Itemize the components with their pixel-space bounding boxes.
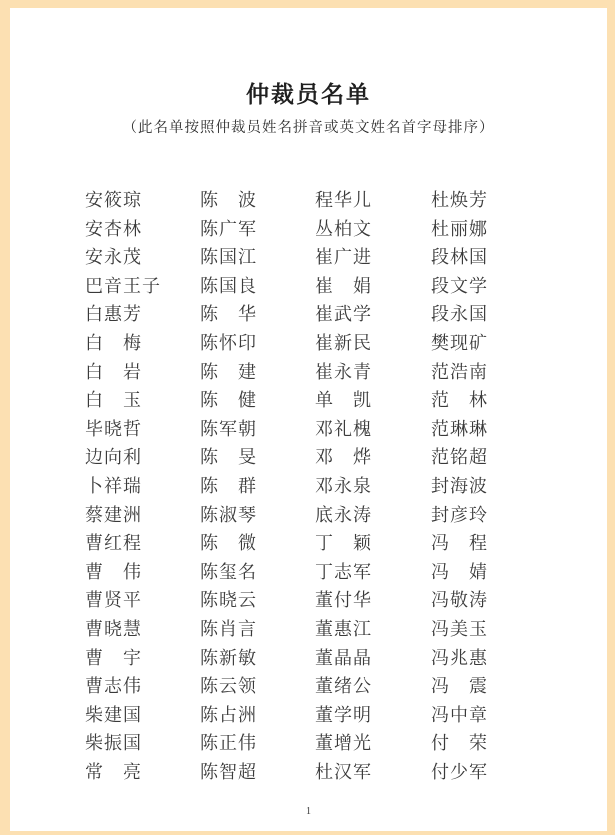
arbitrator-name: 曹红程 xyxy=(85,529,200,558)
arbitrator-name: 陈 群 xyxy=(200,472,315,501)
arbitrator-name: 董晶晶 xyxy=(315,644,431,673)
arbitrator-name: 董学明 xyxy=(315,701,431,730)
arbitrator-name: 段林国 xyxy=(431,243,547,272)
arbitrator-name: 陈国良 xyxy=(200,272,315,301)
arbitrator-name: 程华儿 xyxy=(315,186,431,215)
arbitrator-name: 陈占洲 xyxy=(200,701,315,730)
arbitrator-name: 范琳琳 xyxy=(431,415,547,444)
page-subtitle: （此名单按照仲裁员姓名拼音或英文姓名首字母排序） xyxy=(10,116,607,137)
arbitrator-name: 范铭超 xyxy=(431,443,547,472)
arbitrator-name: 陈 健 xyxy=(200,386,315,415)
arbitrator-name: 陈 波 xyxy=(200,186,315,215)
arbitrator-name: 崔永青 xyxy=(315,358,431,387)
arbitrator-name: 安杏林 xyxy=(85,215,200,244)
arbitrator-name: 曹贤平 xyxy=(85,586,200,615)
arbitrator-name: 曹 伟 xyxy=(85,558,200,587)
arbitrator-name: 边向利 xyxy=(85,443,200,472)
arbitrator-name: 陈军朝 xyxy=(200,415,315,444)
arbitrator-name: 董增光 xyxy=(315,729,431,758)
arbitrator-name: 樊现矿 xyxy=(431,329,547,358)
arbitrator-name: 柴振国 xyxy=(85,729,200,758)
arbitrator-name: 白 玉 xyxy=(85,386,200,415)
arbitrator-name: 安永茂 xyxy=(85,243,200,272)
arbitrator-name: 丁 颖 xyxy=(315,529,431,558)
arbitrator-name: 邓永泉 xyxy=(315,472,431,501)
arbitrator-name: 邓礼槐 xyxy=(315,415,431,444)
arbitrator-name: 冯美玉 xyxy=(431,615,547,644)
arbitrator-name: 邓 烨 xyxy=(315,443,431,472)
arbitrator-name: 陈怀印 xyxy=(200,329,315,358)
arbitrator-name: 底永涛 xyxy=(315,501,431,530)
arbitrator-name: 丛柏文 xyxy=(315,215,431,244)
arbitrator-name: 杜汉军 xyxy=(315,758,431,787)
arbitrator-name: 柴建国 xyxy=(85,701,200,730)
arbitrator-name: 白惠芳 xyxy=(85,300,200,329)
page-number: 1 xyxy=(10,806,607,817)
arbitrator-name: 曹 宇 xyxy=(85,644,200,673)
arbitrator-name: 安筱琼 xyxy=(85,186,200,215)
arbitrator-name: 董付华 xyxy=(315,586,431,615)
arbitrator-name: 单 凯 xyxy=(315,386,431,415)
arbitrator-name: 陈云领 xyxy=(200,672,315,701)
arbitrator-name: 陈玺名 xyxy=(200,558,315,587)
arbitrator-name: 冯 程 xyxy=(431,529,547,558)
arbitrator-name: 范 林 xyxy=(431,386,547,415)
arbitrator-name: 段永国 xyxy=(431,300,547,329)
arbitrator-name: 陈智超 xyxy=(200,758,315,787)
page-title: 仲裁员名单 xyxy=(10,76,607,109)
arbitrator-name: 白 梅 xyxy=(85,329,200,358)
arbitrator-name-grid: 安筱琼陈 波程华儿杜焕芳安杏林陈广军丛柏文杜丽娜安永茂陈国江崔广进段林国巴音王子… xyxy=(85,186,555,786)
arbitrator-name: 董惠江 xyxy=(315,615,431,644)
arbitrator-name: 陈新敏 xyxy=(200,644,315,673)
arbitrator-name: 崔新民 xyxy=(315,329,431,358)
arbitrator-name: 白 岩 xyxy=(85,358,200,387)
arbitrator-name: 陈广军 xyxy=(200,215,315,244)
arbitrator-name: 陈肖言 xyxy=(200,615,315,644)
arbitrator-name: 冯中章 xyxy=(431,701,547,730)
arbitrator-name: 封彦玲 xyxy=(431,501,547,530)
arbitrator-name: 陈正伟 xyxy=(200,729,315,758)
arbitrator-name: 蔡建洲 xyxy=(85,501,200,530)
arbitrator-name: 杜焕芳 xyxy=(431,186,547,215)
arbitrator-name: 毕晓哲 xyxy=(85,415,200,444)
arbitrator-name: 冯兆惠 xyxy=(431,644,547,673)
arbitrator-name: 陈晓云 xyxy=(200,586,315,615)
arbitrator-name: 陈 建 xyxy=(200,358,315,387)
arbitrator-name: 范浩南 xyxy=(431,358,547,387)
arbitrator-name: 陈国江 xyxy=(200,243,315,272)
arbitrator-name: 陈 华 xyxy=(200,300,315,329)
arbitrator-name: 崔广进 xyxy=(315,243,431,272)
arbitrator-name: 段文学 xyxy=(431,272,547,301)
arbitrator-name: 冯敬涛 xyxy=(431,586,547,615)
arbitrator-name: 付 荣 xyxy=(431,729,547,758)
arbitrator-name: 曹志伟 xyxy=(85,672,200,701)
arbitrator-name: 付少军 xyxy=(431,758,547,787)
arbitrator-name: 巴音王子 xyxy=(85,272,200,301)
arbitrator-name: 崔 娟 xyxy=(315,272,431,301)
arbitrator-name: 陈淑琴 xyxy=(200,501,315,530)
arbitrator-name: 冯 震 xyxy=(431,672,547,701)
arbitrator-name: 卜祥瑞 xyxy=(85,472,200,501)
document-page: 仲裁员名单 （此名单按照仲裁员姓名拼音或英文姓名首字母排序） 安筱琼陈 波程华儿… xyxy=(10,8,607,831)
arbitrator-name: 冯 婧 xyxy=(431,558,547,587)
arbitrator-name: 陈 微 xyxy=(200,529,315,558)
arbitrator-name: 曹晓慧 xyxy=(85,615,200,644)
arbitrator-name: 常 亮 xyxy=(85,758,200,787)
arbitrator-name: 杜丽娜 xyxy=(431,215,547,244)
arbitrator-name: 封海波 xyxy=(431,472,547,501)
arbitrator-name: 陈 旻 xyxy=(200,443,315,472)
arbitrator-name: 崔武学 xyxy=(315,300,431,329)
arbitrator-name: 董绪公 xyxy=(315,672,431,701)
arbitrator-name: 丁志军 xyxy=(315,558,431,587)
